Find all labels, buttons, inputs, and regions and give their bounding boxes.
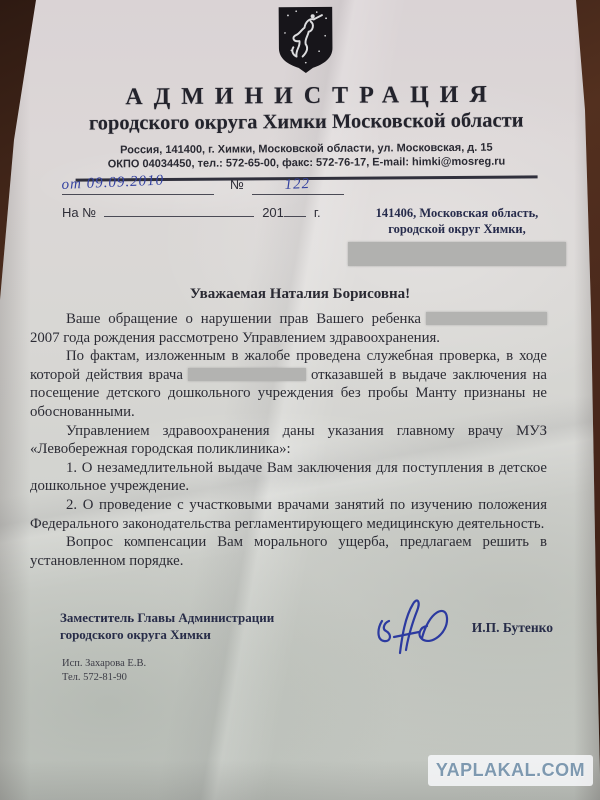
paragraph-4: 1. О незамедлительной выдаче Вам заключе… [30, 459, 547, 496]
paragraph-2: По фактам, изложенным в жалобе проведена… [30, 347, 547, 421]
reply-label: На № [62, 205, 96, 220]
executor-name: Исп. Захарова Е.В. [62, 657, 146, 671]
khimki-coat-of-arms-icon [274, 5, 336, 75]
outgoing-number-row: от 09.09.2010№122 [62, 177, 382, 195]
recipient-address: 141406, Московская область, городской ок… [340, 206, 574, 266]
reply-year: 201 [262, 205, 284, 220]
reference-block: от 09.09.2010№122 На №201г. [62, 177, 382, 221]
recipient-line2: городской округ Химки, [340, 222, 574, 238]
redaction-box-recipient [348, 242, 566, 266]
paragraph-6: Вопрос компенсации Вам морального ущерба… [30, 533, 547, 570]
paragraph-1: Ваше обращение о нарушении прав Вашего р… [30, 310, 547, 347]
recipient-line1: 141406, Московская область, [340, 206, 574, 222]
executor-phone: Тел. 572-81-90 [62, 671, 146, 685]
org-title: АДМИНИСТРАЦИЯ [36, 81, 576, 112]
reply-year-suffix: г. [314, 205, 321, 220]
photo-of-official-letter: { "letterhead": { "emblem_name": "khimki… [0, 0, 600, 800]
paragraph-5: 2. О проведение с участковыми врачами за… [30, 496, 547, 533]
redaction-box-doctor-name [188, 368, 306, 381]
handwritten-number: 122 [284, 176, 310, 194]
signature-ink [372, 593, 467, 661]
salutation: Уважаемая Наталия Борисовна! [40, 286, 560, 303]
executor-note: Исп. Захарова Е.В. Тел. 572-81-90 [62, 657, 146, 684]
redaction-box-child-name [426, 312, 547, 325]
org-contact-line: ОКПО 04034450, тел.: 572-65-00, факс: 57… [36, 155, 576, 172]
signer-name: И.П. Бутенко [472, 620, 553, 636]
letter-body: Ваше обращение о нарушении прав Вашего р… [30, 310, 547, 570]
yaplakal-watermark: YAPLAKAL.COM [428, 755, 593, 786]
org-subtitle: городского округа Химки Московской облас… [36, 109, 576, 136]
reply-to-row: На №201г. [62, 205, 382, 221]
paragraph-3: Управлением здравоохранения даны указани… [30, 422, 547, 459]
letterhead: АДМИНИСТРАЦИЯ городского округа Химки Мо… [35, 3, 576, 182]
number-sign-label: № [230, 177, 244, 192]
handwritten-date: от 09.09.2010 [61, 173, 164, 194]
